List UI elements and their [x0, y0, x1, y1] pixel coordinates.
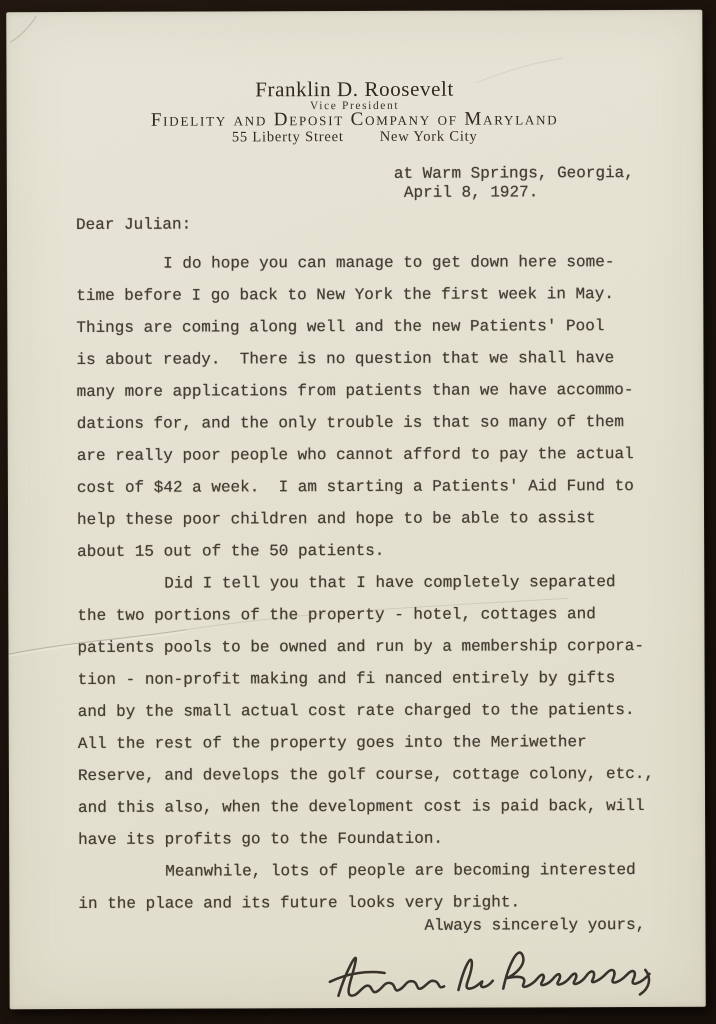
letter-body: I do hope you can manage to get down her… — [76, 246, 668, 920]
signature-franklin-d-roosevelt — [326, 925, 664, 1020]
body-line: All the rest of the property goes into t… — [78, 726, 668, 760]
body-line: and by the small actual cost rate charge… — [78, 694, 668, 728]
body-line: dations for, and the only trouble is tha… — [77, 406, 667, 440]
body-line: Reserve, and develops the golf course, c… — [78, 758, 668, 792]
letterhead-street: 55 Liberty Street — [232, 129, 344, 145]
body-line: I do hope you can manage to get down her… — [76, 246, 666, 280]
dateline-date: April 8, 1927. — [404, 183, 538, 201]
body-line: have its profits go to the Foundation. — [78, 822, 668, 856]
body-line: help these poor children and hope to be … — [77, 502, 667, 536]
body-line: time before I go back to New York the fi… — [76, 278, 666, 312]
salutation: Dear Julian: — [76, 216, 191, 234]
body-line: the two portions of the property - hotel… — [77, 598, 667, 632]
body-line: are really poor people who cannot afford… — [77, 438, 667, 472]
body-line: patients pools to be owned and run by a … — [77, 630, 667, 664]
body-line: is about ready. There is no question tha… — [76, 342, 666, 376]
letterhead-address: 55 Liberty StreetNew York City — [7, 128, 703, 147]
body-line: and this also, when the development cost… — [78, 790, 668, 824]
body-line: tion - non-profit making and fi nanced e… — [78, 662, 668, 696]
body-line: in the place and its future looks very b… — [78, 886, 668, 920]
body-line: Things are coming along well and the new… — [76, 310, 666, 344]
scan-mat-background: Franklin D. Roosevelt Vice President Fid… — [0, 0, 716, 1024]
body-line: Meanwhile, lots of people are becoming i… — [78, 854, 668, 888]
body-line: many more applications from patients tha… — [77, 374, 667, 408]
letterhead-city: New York City — [380, 129, 478, 145]
body-line: cost of $42 a week. I am starting a Pati… — [77, 470, 667, 504]
dateline-place: at Warm Springs, Georgia, — [394, 164, 634, 183]
body-line: about 15 out of the 50 patients. — [77, 534, 667, 568]
letter-paper: Franklin D. Roosevelt Vice President Fid… — [6, 10, 705, 1009]
letterhead: Franklin D. Roosevelt Vice President Fid… — [6, 10, 702, 12]
body-line: Did I tell you that I have completely se… — [77, 566, 667, 600]
